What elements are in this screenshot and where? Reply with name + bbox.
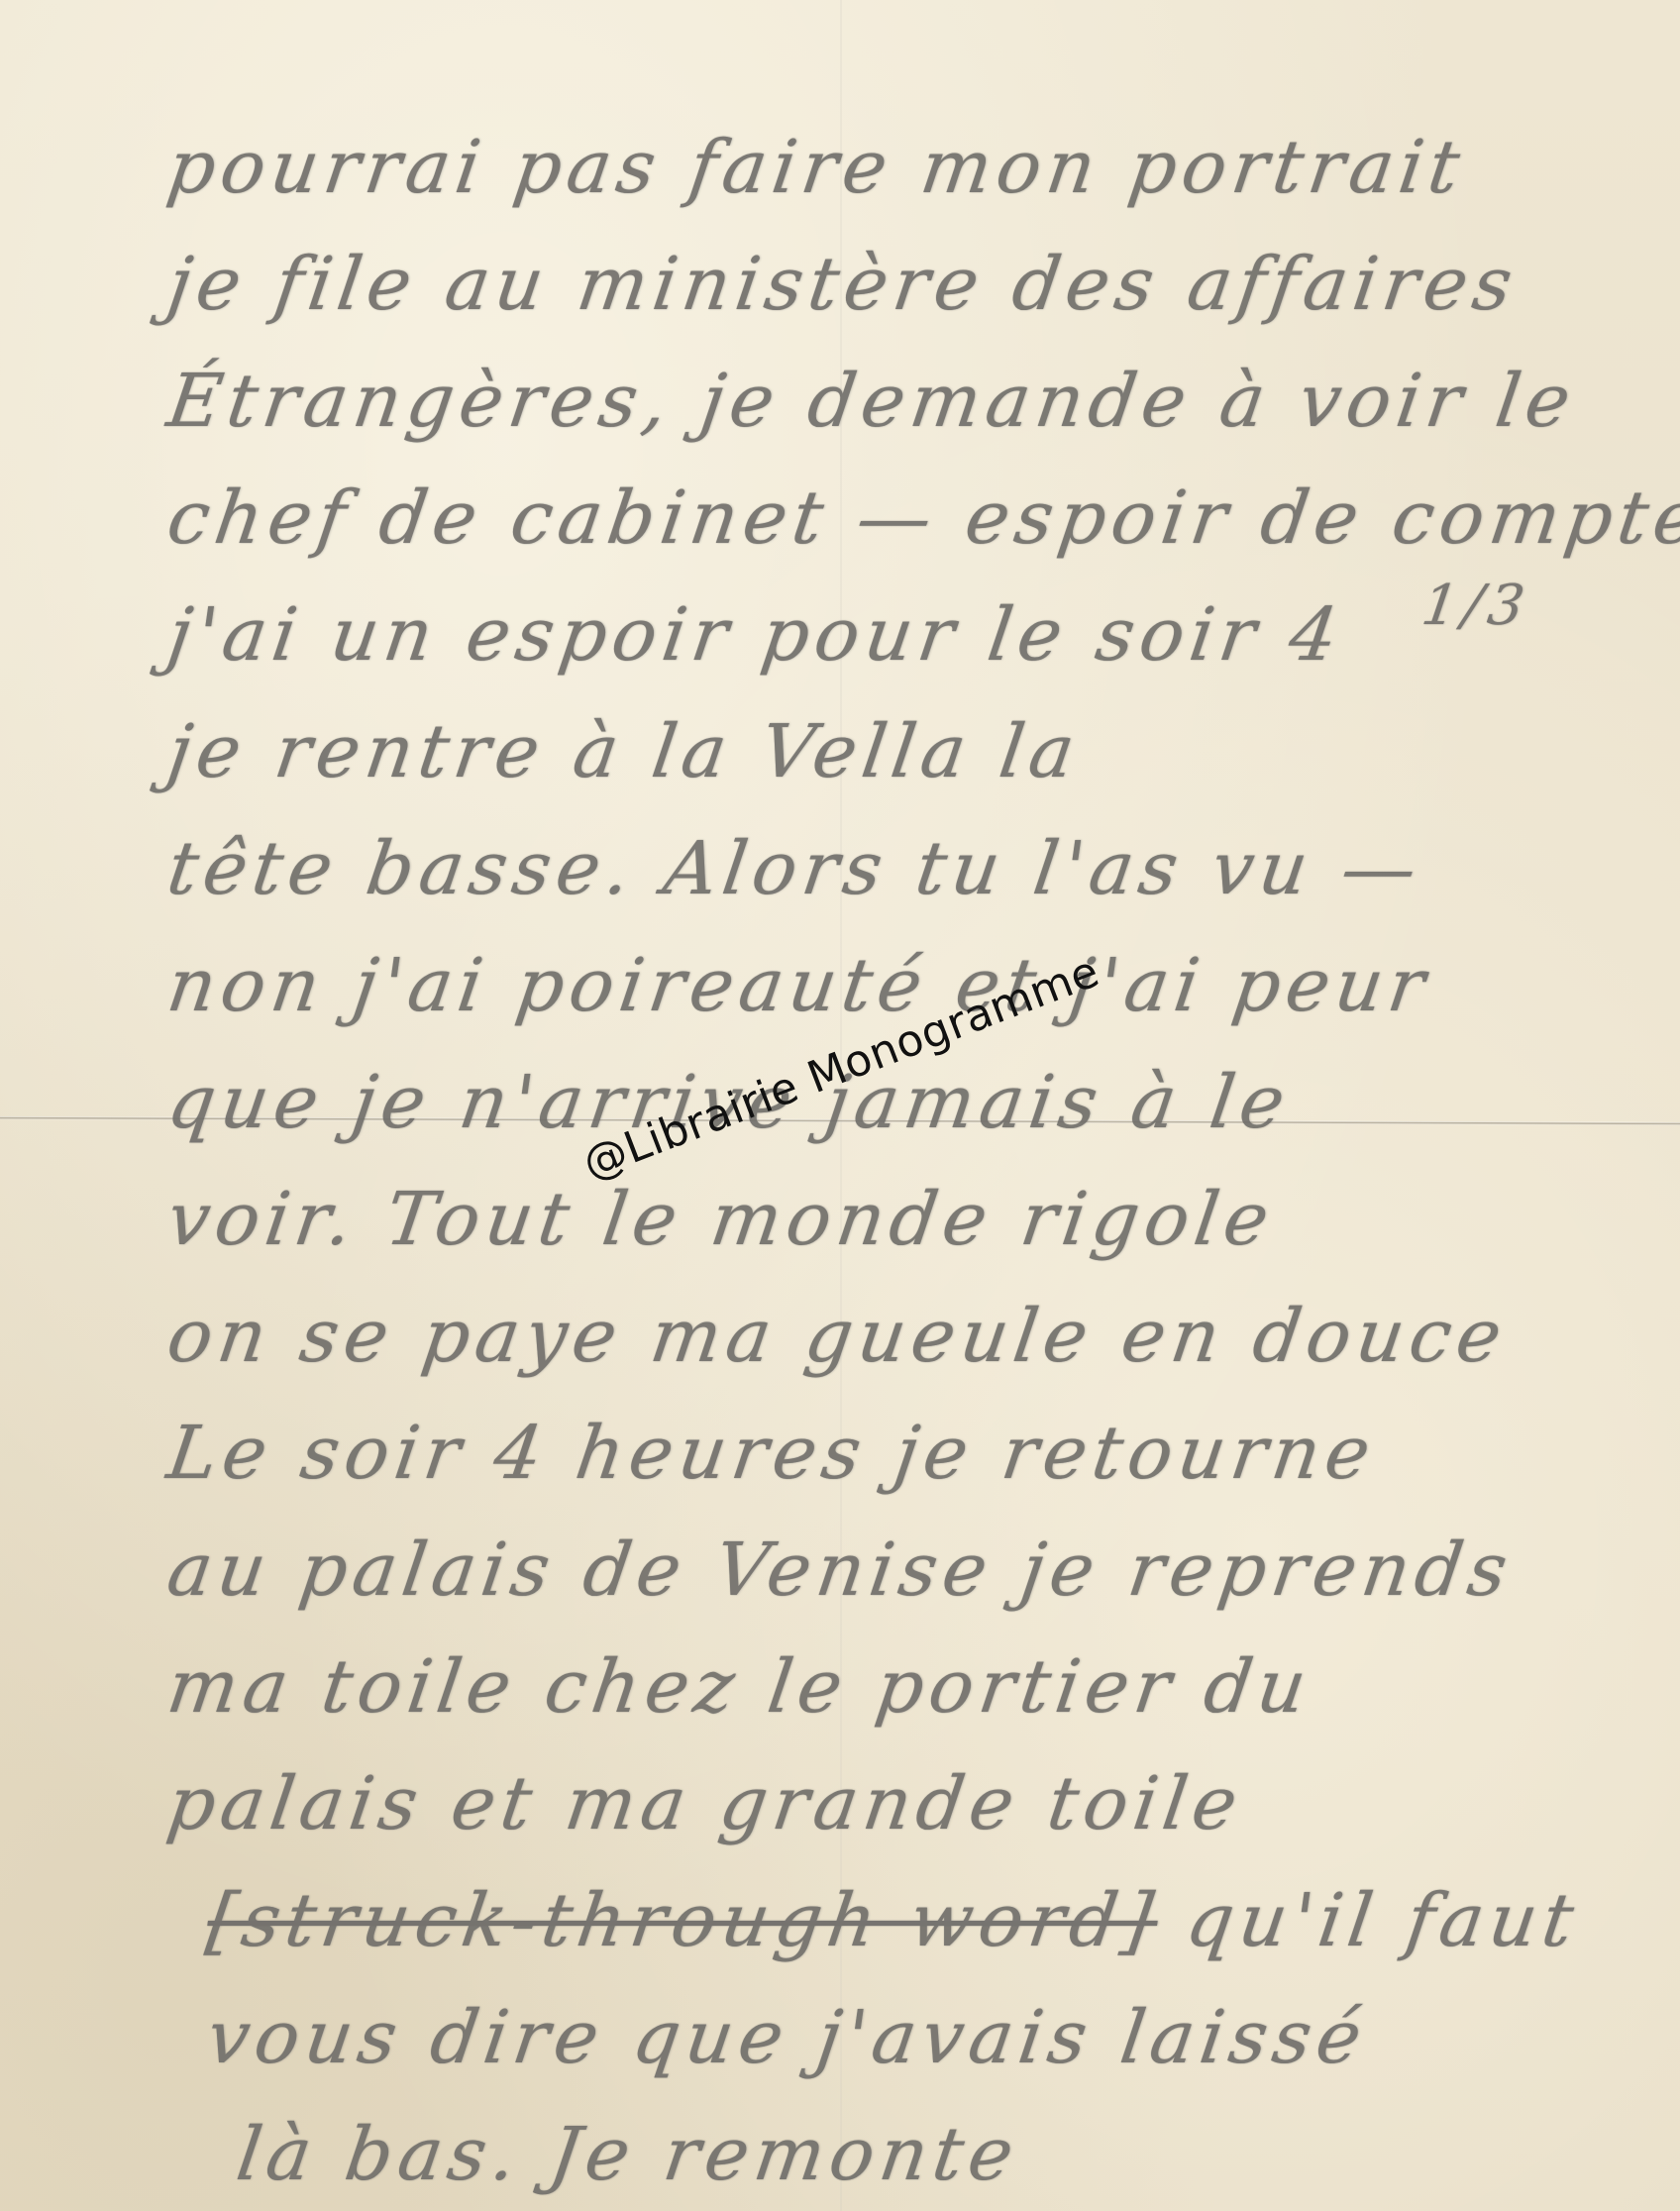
handwritten-line-15: palais et ma grande toile	[160, 1745, 1604, 1862]
handwritten-line-11: on se paye ma gueule en douce	[160, 1278, 1604, 1395]
fraction-note: 1/3	[1418, 577, 1534, 636]
handwritten-line-18: là bas. Je remonte	[160, 2096, 1604, 2211]
handwritten-line-3: Étrangères, je demande à voir le	[160, 343, 1604, 460]
handwritten-line-16: [struck-through word] qu'il faut	[160, 1862, 1604, 1979]
letter-page: pourrai pas faire mon portrait je file a…	[0, 0, 1680, 2211]
handwritten-line-16-text: qu'il faut	[1181, 1878, 1584, 1963]
handwritten-text-block: pourrai pas faire mon portrait je file a…	[168, 109, 1595, 2211]
handwritten-line-13: au palais de Venise je reprends	[160, 1512, 1604, 1629]
handwritten-line-5: j'ai un espoir pour le soir 4 1/3	[160, 577, 1604, 693]
struck-through-word: [struck-through word]	[202, 1878, 1164, 1963]
handwritten-line-1: pourrai pas faire mon portrait	[160, 109, 1604, 226]
handwritten-line-5-text: j'ai un espoir pour le soir 4	[162, 592, 1348, 678]
handwritten-line-10: voir. Tout le monde rigole	[160, 1161, 1604, 1278]
handwritten-line-4: chef de cabinet — espoir de compter	[160, 460, 1604, 577]
handwritten-line-17: vous dire que j'avais laissé	[160, 1979, 1604, 2096]
handwritten-line-7: tête basse. Alors tu l'as vu —	[160, 810, 1604, 927]
handwritten-line-14: ma toile chez le portier du	[160, 1629, 1604, 1745]
handwritten-line-2: je file au ministère des affaires	[160, 226, 1604, 343]
handwritten-line-12: Le soir 4 heures je retourne	[160, 1395, 1604, 1512]
handwritten-line-6: je rentre à la Vella la	[160, 693, 1604, 810]
